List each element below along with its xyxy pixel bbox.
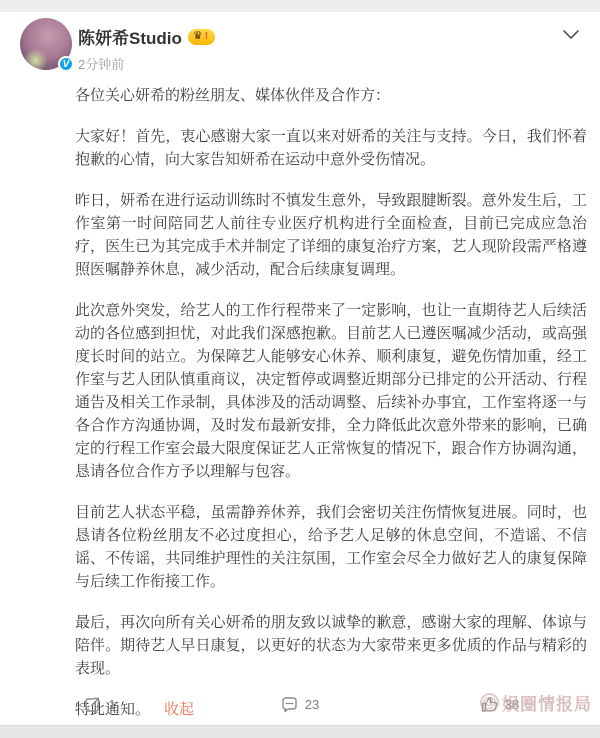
chevron-down-icon xyxy=(563,30,579,40)
share-button[interactable]: 1 xyxy=(0,689,200,719)
like-button[interactable]: 38 xyxy=(400,689,600,719)
post-header: V 陈妍希Studio ♛ ! 2分钟前 xyxy=(0,12,600,74)
comment-button[interactable]: 23 xyxy=(200,689,400,719)
weibo-post-card: V 陈妍希Studio ♛ ! 2分钟前 各位关心妍希的粉丝朋友、媒体伙伴及合作… xyxy=(0,12,600,725)
page-background-top xyxy=(0,0,600,12)
vip-crown-icon: ♛ ! xyxy=(188,29,215,45)
like-icon xyxy=(481,696,498,713)
action-bar: 1 23 38 xyxy=(0,689,600,719)
share-count: 1 xyxy=(108,697,115,712)
post-paragraph: 昨日，妍希在进行运动训练时不慎发生意外，导致跟腱断裂。意外发生后，工作室第一时间… xyxy=(75,189,587,281)
post-paragraph: 各位关心妍希的粉丝朋友、媒体伙伴及合作方： xyxy=(75,84,587,107)
page-background-bottom xyxy=(0,725,600,738)
post-timestamp: 2分钟前 xyxy=(78,54,580,73)
share-icon xyxy=(84,696,101,713)
crown-glyph: ♛ xyxy=(193,31,203,42)
post-paragraph: 最后，再次向所有关心妍希的朋友致以诚挚的歉意，感谢大家的理解、体谅与陪伴。期待艺… xyxy=(75,611,587,680)
post-options-button[interactable] xyxy=(558,24,584,46)
post-paragraph: 大家好！首先，衷心感谢大家一直以来对妍希的关注与支持。今日，我们怀着抱歉的心情，… xyxy=(75,125,587,171)
post-paragraph: 此次意外突发，给艺人的工作行程带来了一定影响，也让一直期待艺人后续活动的各位感到… xyxy=(75,299,587,483)
avatar[interactable]: V xyxy=(20,18,72,70)
post-paragraph: 目前艺人状态平稳，虽需静养休养，我们会密切关注伤情恢复进展。同时，也恳请各位粉丝… xyxy=(75,501,587,593)
comment-icon xyxy=(281,696,298,713)
vip-exclamation: ! xyxy=(205,32,208,42)
post-body: 各位关心妍希的粉丝朋友、媒体伙伴及合作方： 大家好！首先，衷心感谢大家一直以来对… xyxy=(75,84,587,721)
username[interactable]: 陈妍希Studio xyxy=(78,24,182,49)
comment-count: 23 xyxy=(305,697,319,712)
verified-icon: V xyxy=(58,56,74,72)
like-count: 38 xyxy=(505,697,519,712)
